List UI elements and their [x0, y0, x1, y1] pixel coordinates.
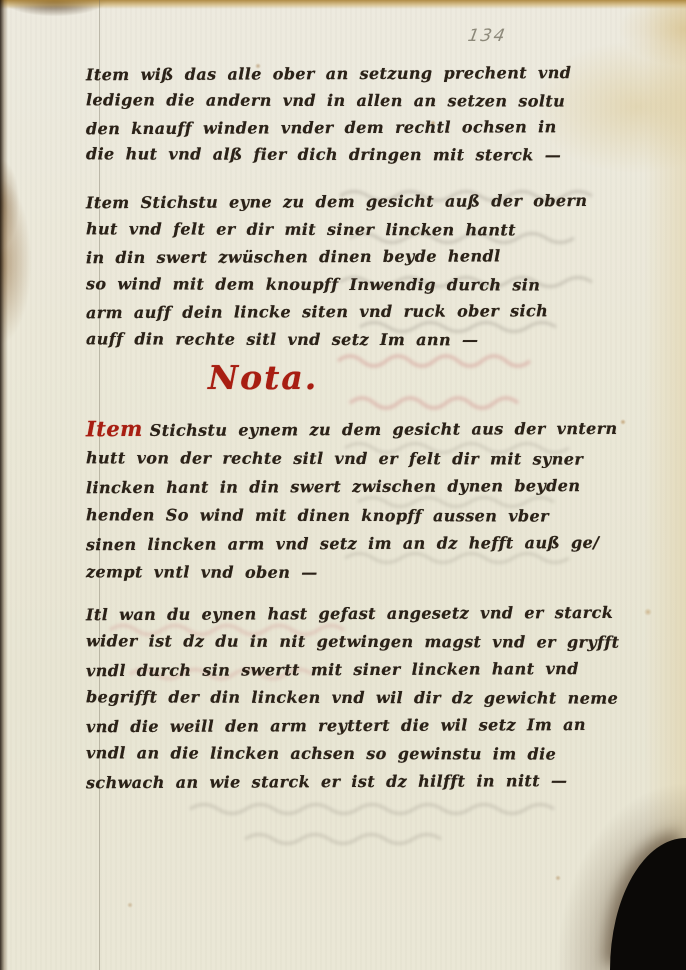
manuscript-line: ItemStichstu eynem zu dem gesicht aus de… — [86, 413, 631, 446]
manuscript-line: begrifft der din lincken vnd wil dir dz … — [86, 683, 631, 712]
manuscript-line: auff din rechte sitl vnd setz Im ann — — [86, 325, 631, 354]
folio-number: 134 — [466, 26, 508, 46]
manuscript-line-text: Stichstu eynem zu dem gesicht aus der vn… — [150, 419, 618, 440]
manuscript-line: sinen lincken arm vnd setz im an dz heff… — [86, 529, 631, 560]
manuscript-line: vnd die weill den arm reyttert die wil s… — [86, 711, 631, 741]
paragraph-3: ItemStichstu eynem zu dem gesicht aus de… — [86, 414, 631, 587]
manuscript-line: vndl an die lincken achsen so gewinstu i… — [86, 739, 631, 768]
nota-rubric-heading: Nota. — [208, 358, 318, 398]
manuscript-line: zempt vntl vnd oben — — [86, 558, 631, 588]
manuscript-line: hut vnd felt er dir mit siner lincken ha… — [86, 215, 631, 244]
binding-edge — [0, 0, 8, 970]
manuscript-line: lincken hant in din swert zwischen dynen… — [86, 472, 631, 503]
paragraph-4: Itl wan du eynen hast gefast angesetz vn… — [86, 600, 631, 796]
manuscript-line: so wind mit dem knoupff Inwendig durch s… — [86, 270, 631, 299]
manuscript-line: arm auff dein lincke siten vnd ruck ober… — [86, 297, 631, 327]
paragraph-1: Item wiß das alle ober an setzung preche… — [86, 60, 631, 168]
manuscript-line: vndl durch sin swertt mit siner lincken … — [86, 655, 631, 685]
manuscript-line: die hut vnd alß fier dich dringen mit st… — [86, 140, 631, 168]
manuscript-photo: 134 Item wiß das alle ober an setzung pr… — [0, 0, 686, 970]
manuscript-line: den knauff winden vnder dem rechtl ochse… — [86, 113, 631, 142]
manuscript-line: wider ist dz du in nit getwingen magst v… — [86, 627, 631, 656]
page-top-edge — [0, 0, 686, 9]
manuscript-line: Item wiß das alle ober an setzung preche… — [86, 59, 631, 88]
manuscript-line: schwach an wie starck er ist dz hilfft i… — [86, 767, 631, 797]
manuscript-line: Item Stichstu eyne zu dem gesicht auß de… — [86, 187, 631, 217]
paragraph-2: Item Stichstu eyne zu dem gesicht auß de… — [86, 188, 631, 353]
manuscript-line: hutt von der rechte sitl vnd er felt dir… — [86, 444, 631, 474]
manuscript-line: in din swert zwüschen dinen beyde hendl — [86, 242, 631, 272]
manuscript-line: ledigen die andern vnd in allen an setze… — [86, 86, 631, 114]
manuscript-line: henden So wind mit dinen knopff aussen v… — [86, 501, 631, 531]
manuscript-line: Itl wan du eynen hast gefast angesetz vn… — [86, 599, 631, 629]
rubric-initial-item: Item — [86, 416, 143, 441]
